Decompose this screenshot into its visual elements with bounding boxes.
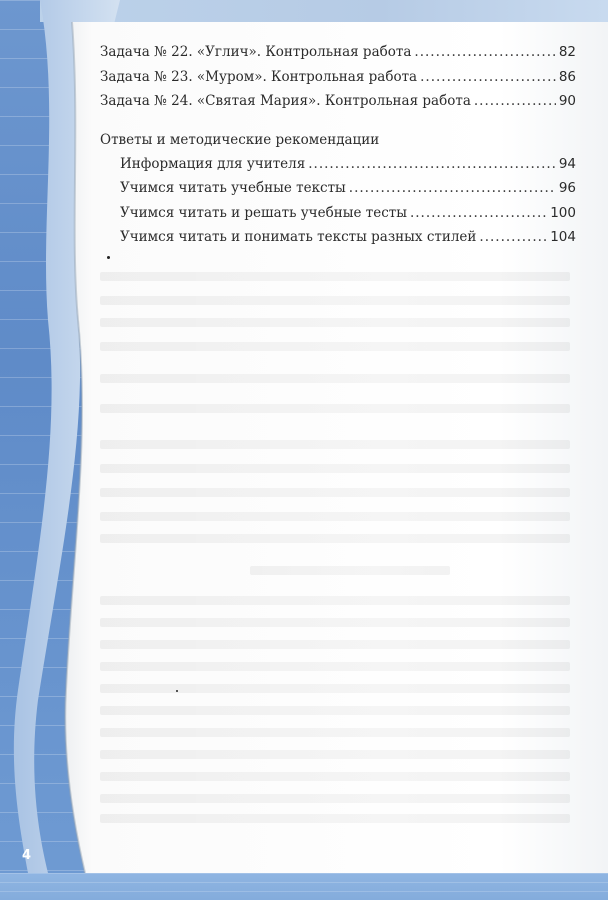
- section-heading-text: Ответы и методические рекомендации: [100, 132, 379, 148]
- toc-entry-page: 94: [559, 156, 576, 172]
- toc-entry-title: Задача № 24. «Святая Мария». Контрольная…: [100, 93, 471, 109]
- bleed-through-line: [100, 706, 570, 715]
- ink-speck: [107, 256, 110, 259]
- toc-entry[interactable]: Задача № 22. «Углич». Контрольная работа…: [100, 44, 576, 69]
- toc-entry-page: 90: [559, 93, 576, 109]
- toc-entry-title: Учимся читать учебные тексты: [120, 180, 346, 196]
- toc-entry-title: Задача № 23. «Муром». Контрольная работа: [100, 69, 417, 85]
- bleed-through-line: [100, 772, 570, 781]
- toc-entry-title: Задача № 22. «Углич». Контрольная работа: [100, 44, 411, 60]
- bleed-through-line: [100, 534, 570, 543]
- bleed-through-line: [100, 272, 570, 281]
- dot-leader: [474, 93, 556, 109]
- dot-leader: [349, 180, 556, 196]
- toc-entry[interactable]: Учимся читать и решать учебные тесты 100: [100, 205, 576, 230]
- toc-entry[interactable]: Учимся читать учебные тексты 96: [100, 180, 576, 205]
- toc-entry-page: 86: [559, 69, 576, 85]
- toc-entry[interactable]: Задача № 23. «Муром». Контрольная работа…: [100, 69, 576, 94]
- dot-leader: [410, 205, 547, 221]
- bleed-through-line: [100, 296, 570, 305]
- bleed-through-line: [100, 684, 570, 693]
- toc-entry-page: 96: [559, 180, 576, 196]
- table-of-contents: Задача № 22. «Углич». Контрольная работа…: [100, 44, 576, 254]
- bleed-through-line: [100, 750, 570, 759]
- dot-leader: [308, 156, 556, 172]
- bleed-through-line: [250, 566, 450, 575]
- bleed-through-line: [100, 512, 570, 521]
- dot-leader: [420, 69, 556, 85]
- toc-entry[interactable]: Учимся читать и понимать тексты разных с…: [100, 229, 576, 254]
- book-page: Задача № 22. «Углич». Контрольная работа…: [0, 0, 608, 900]
- bleed-through-line: [100, 374, 570, 383]
- toc-entry-page: 100: [550, 205, 576, 221]
- toc-entry[interactable]: Информация для учителя 94: [100, 156, 576, 181]
- bleed-through-line: [100, 814, 570, 823]
- bleed-through-line: [100, 342, 570, 351]
- toc-entry-title: Учимся читать и понимать тексты разных с…: [120, 229, 476, 245]
- bleed-through-line: [100, 596, 570, 605]
- bleed-through-line: [100, 318, 570, 327]
- bleed-through-line: [100, 794, 570, 803]
- bleed-through-line: [100, 440, 570, 449]
- toc-entry-page: 82: [559, 44, 576, 60]
- ink-speck: [176, 690, 178, 692]
- toc-entry-title: Учимся читать и решать учебные тесты: [120, 205, 407, 221]
- bleed-through-line: [100, 728, 570, 737]
- dot-leader: [479, 229, 547, 245]
- page-number: 4: [22, 848, 31, 863]
- toc-entry[interactable]: Задача № 24. «Святая Мария». Контрольная…: [100, 93, 576, 118]
- toc-entry-title: Информация для учителя: [120, 156, 305, 172]
- bleed-through-line: [100, 464, 570, 473]
- bleed-through-line: [100, 640, 570, 649]
- toc-entry-page: 104: [550, 229, 576, 245]
- bleed-through-line: [100, 404, 570, 413]
- bleed-through-line: [100, 488, 570, 497]
- dot-leader: [414, 44, 555, 60]
- bleed-through-line: [100, 618, 570, 627]
- bleed-through-line: [100, 662, 570, 671]
- toc-section-heading: Ответы и методические рекомендации: [100, 132, 576, 156]
